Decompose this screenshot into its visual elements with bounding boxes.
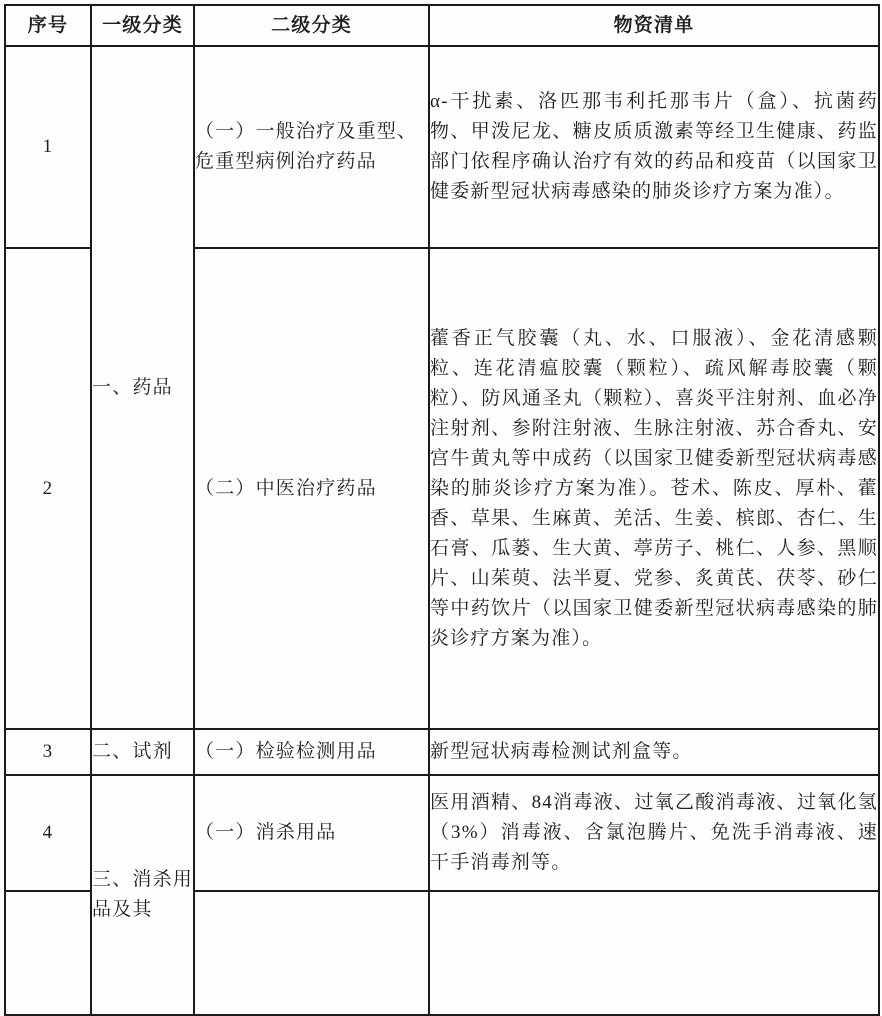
header-row: 序号 一级分类 二级分类 物资清单 (5, 5, 879, 46)
cell-category2-disinfection-supplies: （一）消杀用品 (194, 775, 429, 891)
cell-empty (194, 891, 429, 914)
document-page: 序号 一级分类 二级分类 物资清单 1 一、药品 （一）一般治疗及重型、危重型病… (4, 4, 878, 914)
cell-seq-3: 3 (5, 729, 91, 775)
cell-category2-testing-supplies: （一）检验检测用品 (194, 729, 429, 775)
header-category-level1: 一级分类 (91, 5, 194, 46)
table-row: 3 二、试剂 （一）检验检测用品 新型冠状病毒检测试剂盒等。 (5, 729, 879, 775)
header-materials-list: 物资清单 (429, 5, 879, 46)
header-seq: 序号 (5, 5, 91, 46)
cell-seq-4: 4 (5, 775, 91, 891)
cell-empty (429, 891, 879, 914)
cell-items-general-treatment: α-干扰素、洛匹那韦利托那韦片（盒）、抗菌药物、甲泼尼龙、糖皮质质激素等经卫生健… (429, 46, 879, 248)
cell-empty (5, 891, 91, 914)
cell-category2-tcm: （二）中医治疗药品 (194, 248, 429, 729)
materials-table: 序号 一级分类 二级分类 物资清单 1 一、药品 （一）一般治疗及重型、危重型病… (4, 4, 880, 914)
cell-category1-disinfection: 三、消杀用品及其 (91, 775, 194, 914)
cell-items-disinfection: 医用酒精、84消毒液、过氧乙酸消毒液、过氧化氢（3%）消毒液、含氯泡腾片、免洗手… (429, 775, 879, 891)
cell-seq-1: 1 (5, 46, 91, 248)
cell-category1-drugs: 一、药品 (91, 46, 194, 729)
cell-category1-reagents: 二、试剂 (91, 729, 194, 775)
cell-seq-2: 2 (5, 248, 91, 729)
cell-items-testing: 新型冠状病毒检测试剂盒等。 (429, 729, 879, 775)
table-row: 4 三、消杀用品及其 （一）消杀用品 医用酒精、84消毒液、过氧乙酸消毒液、过氧… (5, 775, 879, 891)
cell-category2-general-treatment: （一）一般治疗及重型、危重型病例治疗药品 (194, 46, 429, 248)
table-row: 1 一、药品 （一）一般治疗及重型、危重型病例治疗药品 α-干扰素、洛匹那韦利托… (5, 46, 879, 248)
cell-items-tcm: 藿香正气胶囊（丸、水、口服液）、金花清感颗粒、连花清瘟胶囊（颗粒）、疏风解毒胶囊… (429, 248, 879, 729)
header-category-level2: 二级分类 (194, 5, 429, 46)
